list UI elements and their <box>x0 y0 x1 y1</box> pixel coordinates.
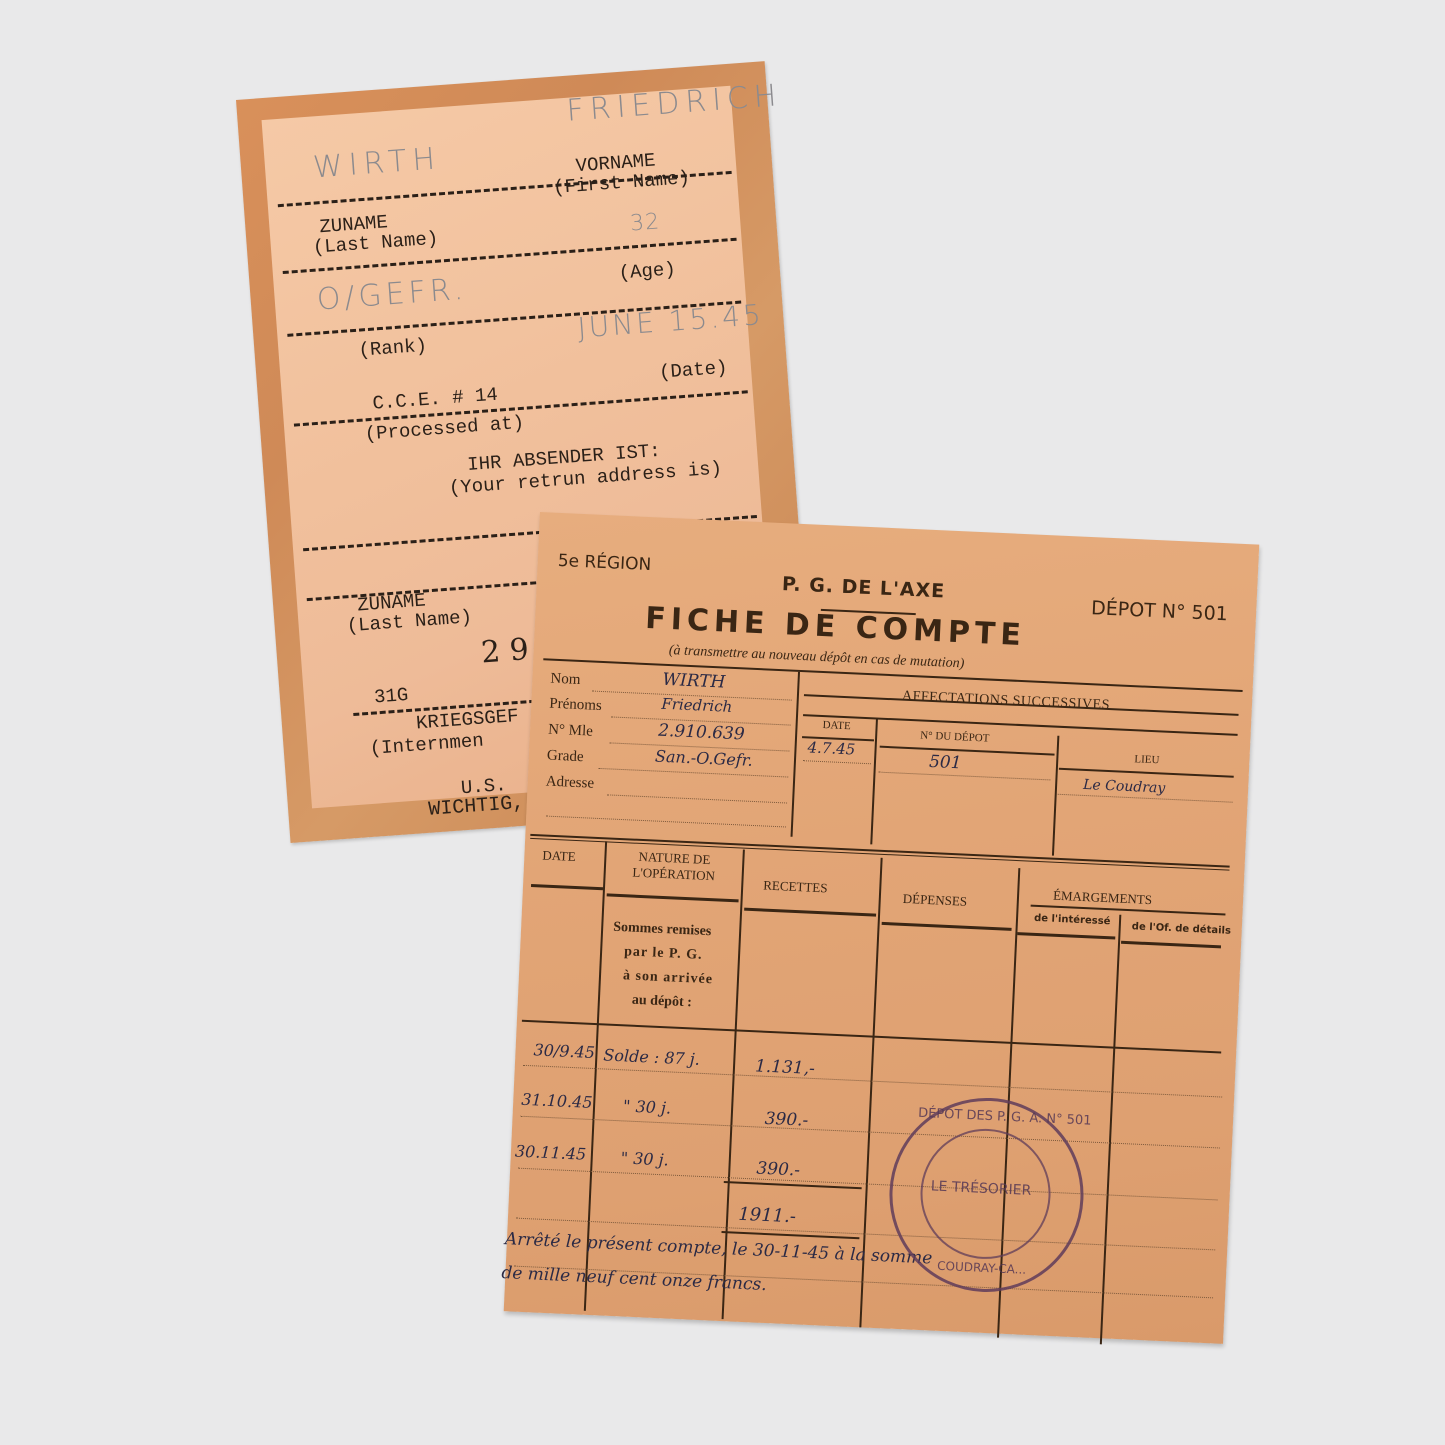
value-grade: San.-O.Gefr. <box>655 746 753 769</box>
label-prenoms: Prénoms <box>549 696 602 715</box>
dotted-line <box>879 772 1051 781</box>
header-underline <box>1017 932 1115 939</box>
affectations-header-depot: N° DU DÉPOT <box>920 729 990 744</box>
ledger-row-1-nature: Solde : 87 j. <box>603 1045 700 1068</box>
affectation-depot: 501 <box>929 752 962 773</box>
initial-note-line-4: au dépôt : <box>632 993 693 1012</box>
ledger-header-recettes: RECETTES <box>763 878 828 897</box>
ledger-total: 1911.- <box>738 1204 797 1228</box>
dotted-line <box>546 816 786 828</box>
org-label: P. G. DE L'AXE <box>781 573 945 602</box>
ledger-header-interesse: de l'intéressé <box>1034 913 1111 927</box>
affectation-date: 4.7.45 <box>807 738 855 758</box>
ledger-header-nature: NATURE DE L'OPÉRATION <box>618 848 729 884</box>
label-nom: Nom <box>550 671 581 689</box>
closing-note-line-2: de mille neuf cent onze francs. <box>501 1263 767 1295</box>
handwritten-last-name: WIRTH <box>312 141 442 185</box>
label-grade: Grade <box>547 748 584 767</box>
header-underline <box>607 893 739 902</box>
dotted-line <box>607 794 787 803</box>
value-matricule: 2.910.639 <box>658 721 745 745</box>
label-date: (Date) <box>658 359 728 384</box>
region-label: 5e RÉGION <box>557 551 651 575</box>
code-31g: 31G <box>373 686 409 708</box>
initial-note-line-1: Sommes remises <box>613 920 712 940</box>
label-adresse: Adresse <box>545 774 594 793</box>
header-underline <box>744 908 876 917</box>
vertical-rule <box>870 719 877 844</box>
ledger-header-officier: de l'Of. de détails <box>1132 921 1232 936</box>
handwritten-pow-number: 2 9 <box>480 632 530 670</box>
affectations-rule-2 <box>803 714 1238 736</box>
ledger-row-3-nature: " 30 j. <box>620 1148 669 1169</box>
header-underline <box>531 884 603 890</box>
header-underline <box>882 922 1012 931</box>
label-age: (Age) <box>618 260 676 284</box>
affectations-title: AFFECTATIONS SUCCESSIVES <box>902 689 1111 714</box>
affectations-header-lieu: LIEU <box>1134 753 1160 766</box>
handwritten-age: 32 <box>629 209 661 236</box>
ledger-header-date: DATE <box>542 847 576 864</box>
ledger-row-2-date: 31.10.45 <box>521 1090 593 1112</box>
ledger-header-depenses: DÉPENSES <box>902 891 967 910</box>
label-matricule: N° Mle <box>548 722 593 741</box>
affectations-header-date: DATE <box>822 719 851 732</box>
vertical-rule <box>791 672 800 837</box>
initial-note-line-2: par le P. G. <box>624 944 703 964</box>
value-prenoms: Friedrich <box>661 695 733 716</box>
dotted-line <box>803 760 871 764</box>
handwritten-date: JUNE 15.45 <box>576 298 764 345</box>
ledger-row-3-date: 30.11.45 <box>515 1142 587 1164</box>
dotted-line <box>598 768 788 778</box>
ledger-row-3-recettes: 390.- <box>756 1159 800 1181</box>
header-underline <box>880 746 1055 756</box>
depot-number: DÉPOT N° 501 <box>1091 597 1229 625</box>
affectation-lieu: Le Coudray <box>1083 777 1166 797</box>
label-internment: (Internmen <box>369 732 484 760</box>
label-first-name: (First Name) <box>553 169 691 199</box>
closing-note-line-1: Arrêté le présent compte, le 30-11-45 à … <box>505 1229 933 1268</box>
ledger-row-2-nature: " 30 j. <box>623 1096 672 1117</box>
fiche-de-compte: 5e RÉGION P. G. DE L'AXE DÉPOT N° 501 FI… <box>504 512 1260 1344</box>
value-nom: WIRTH <box>662 670 726 693</box>
stamp-bottom-text: COUDRAY-CA... <box>937 1259 1027 1277</box>
initial-note-line-3: à son arrivée <box>623 968 714 988</box>
ledger-header-emargements: ÉMARGEMENTS <box>1053 888 1153 908</box>
stamp-ring-text: DÉPOT DES P. G. A. N° 501 <box>918 1106 1092 1129</box>
vertical-rule <box>1100 915 1121 1345</box>
label-rank: (Rank) <box>358 337 428 362</box>
ledger-row-1-date: 30/9.45 <box>533 1040 595 1062</box>
handwritten-rank: O/GEFR. <box>316 272 469 318</box>
header-underline <box>1121 941 1221 949</box>
